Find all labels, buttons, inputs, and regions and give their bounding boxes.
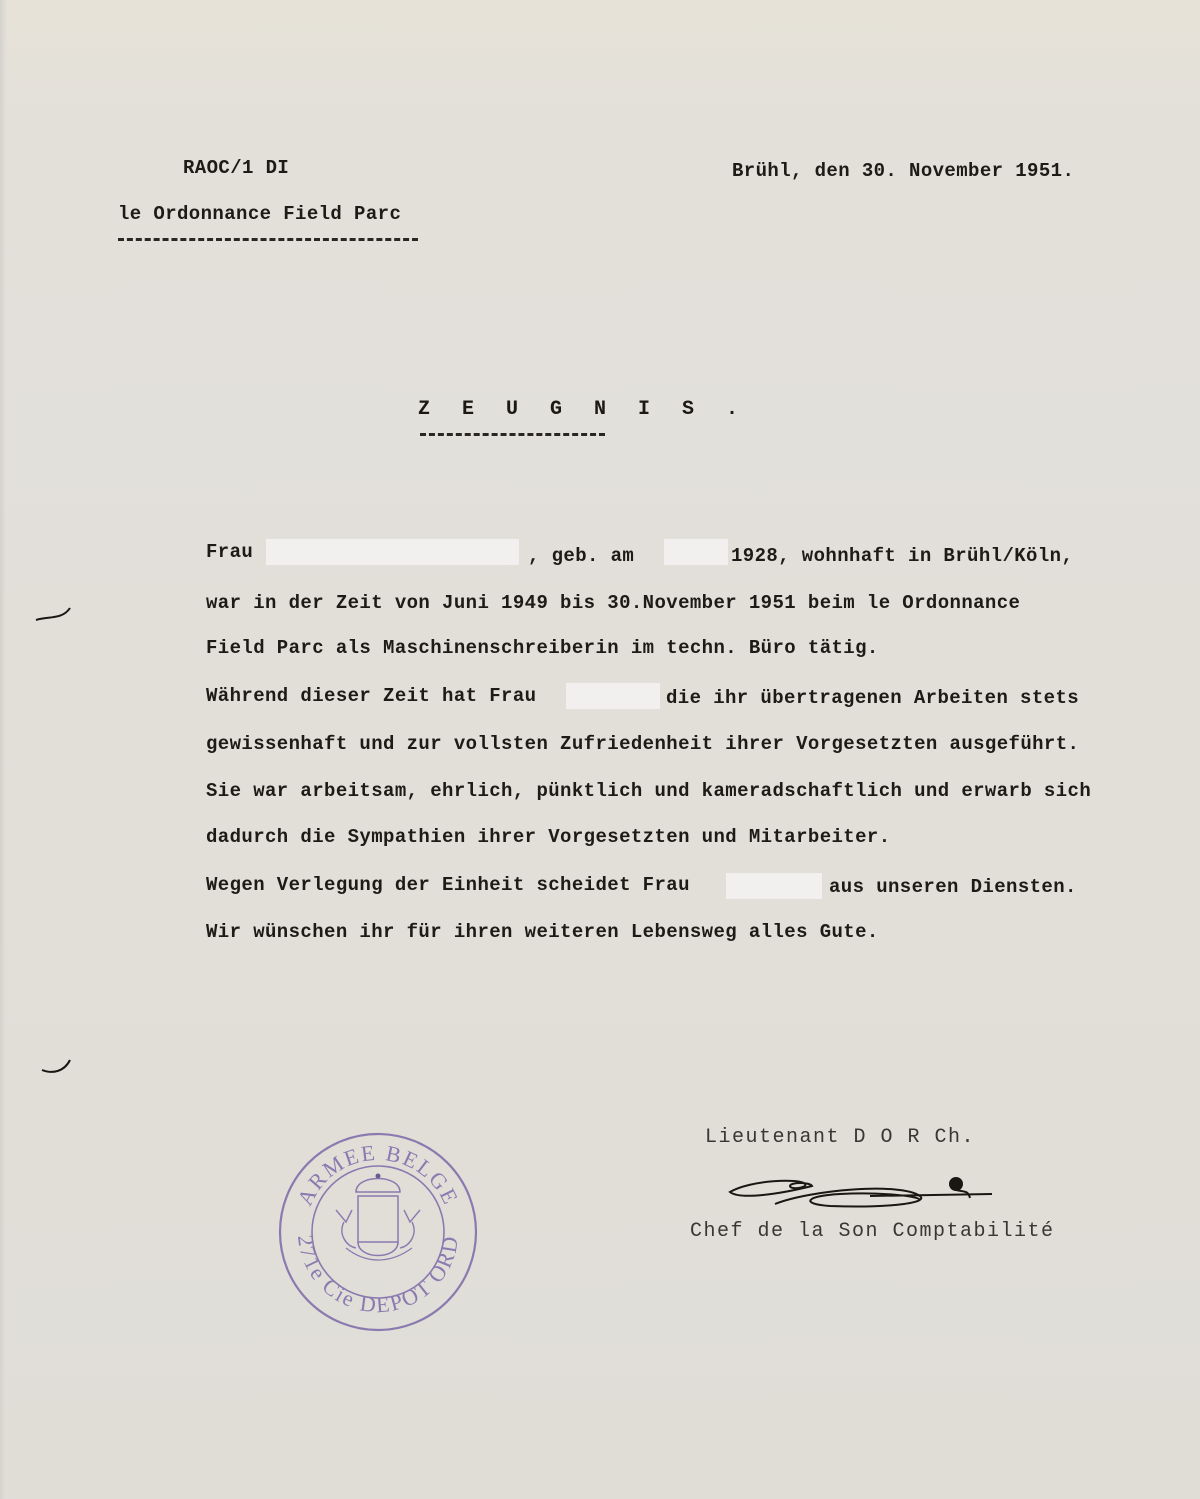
body-line-4b: die ihr übertragenen Arbeiten stets [666, 687, 1079, 709]
body-line-1c: 1928, wohnhaft in Brühl/Köln, [731, 545, 1073, 567]
body-line-8a: Wegen Verlegung der Einheit scheidet Fra… [206, 874, 690, 896]
signatory-title: Chef de la Son Comptabilité [690, 1220, 1055, 1243]
body-line-5: gewissenhaft und zur vollsten Zufriedenh… [206, 733, 1079, 755]
redaction-birth-date [664, 539, 728, 565]
signatory-rank-name: Lieutenant D O R Ch. [705, 1126, 975, 1149]
official-stamp: ARMEE BELGE 271e Cie DEPOT ORD [276, 1130, 480, 1334]
document-title: Z E U G N I S . [418, 398, 748, 421]
unit-name: le Ordonnance Field Parc [118, 203, 401, 225]
handwritten-signature [720, 1170, 1000, 1220]
body-line-9: Wir wünschen ihr für ihren weiteren Lebe… [206, 921, 879, 943]
redaction-surname-2 [726, 873, 822, 899]
stamp-bottom-text: 271e Cie DEPOT ORD [293, 1233, 463, 1318]
body-line-1a: Frau [206, 541, 253, 563]
redaction-full-name [266, 539, 519, 565]
reference-code: RAOC/1 DI [183, 157, 289, 179]
body-line-8b: aus unseren Diensten. [829, 876, 1077, 898]
coat-of-arms-icon [336, 1174, 420, 1261]
title-underline [420, 433, 605, 436]
paper-edge [0, 0, 6, 1499]
body-line-2: war in der Zeit von Juni 1949 bis 30.Nov… [206, 592, 1020, 614]
place-date: Brühl, den 30. November 1951. [732, 160, 1074, 182]
document-page: RAOC/1 DI le Ordonnance Field Parc Brühl… [0, 0, 1200, 1499]
body-line-4a: Während dieser Zeit hat Frau [206, 685, 536, 707]
redaction-surname-1 [566, 683, 660, 709]
margin-mark-upper [34, 606, 74, 626]
body-line-6: Sie war arbeitsam, ehrlich, pünktlich un… [206, 780, 1091, 802]
unit-underline [118, 238, 418, 241]
body-line-7: dadurch die Sympathien ihrer Vorgesetzte… [206, 826, 891, 848]
body-line-1b: , geb. am [528, 545, 634, 567]
body-line-3: Field Parc als Maschinenschreiberin im t… [206, 637, 879, 659]
margin-mark-lower [40, 1056, 74, 1078]
